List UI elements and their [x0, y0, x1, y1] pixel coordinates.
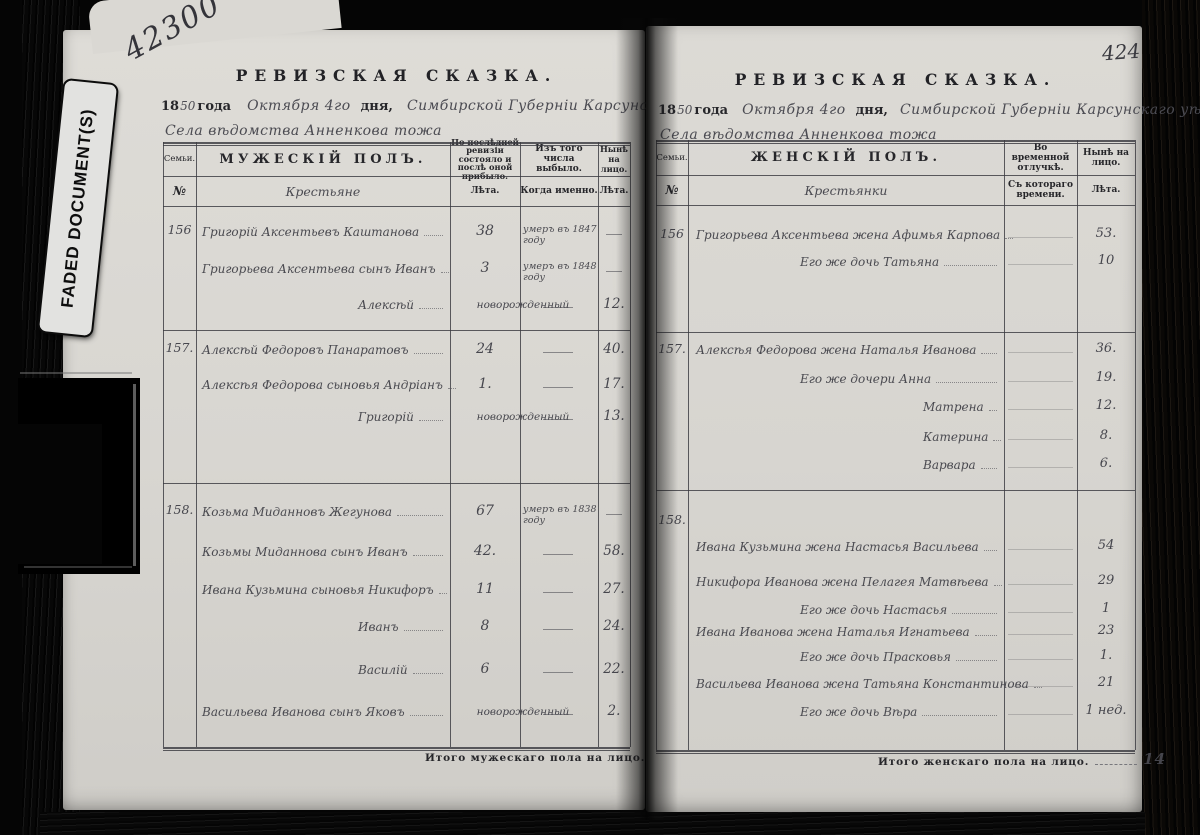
left-subcol5: Лѣта. [598, 176, 630, 206]
empty-cell-dash [1008, 659, 1073, 660]
table-rule [163, 747, 630, 749]
departure-note: умеръ въ 1838году [523, 504, 596, 526]
person-name: Василій [358, 663, 408, 677]
family-number: 158. [163, 502, 196, 517]
left-col-main-header: МУЖЕСКІЙ ПОЛЪ. [196, 142, 450, 176]
entry-name: Ивана Кузьмина жена Настасья Васильева [696, 540, 1000, 554]
entry-name: Его же дочь Татьяна [800, 255, 1000, 269]
person-name: Его же дочь Прасковья [800, 650, 951, 664]
note-line: году [523, 235, 596, 246]
entry-name: Козьмы Миданнова сынъ Иванъ [202, 545, 446, 559]
person-name: Васильева Иванова сынъ Яковъ [202, 705, 405, 719]
age-now: 23 [1077, 623, 1135, 638]
age-now: 40. [598, 341, 630, 357]
empty-cell-dash [1008, 549, 1073, 550]
person-name: Козьма Миданновъ Жегунова [202, 505, 392, 519]
family-number: 156 [656, 226, 688, 241]
table-column-line [196, 142, 197, 747]
person-name: Катерина [923, 430, 988, 444]
table-rule [163, 750, 630, 751]
dotted-leader [993, 440, 1001, 441]
entry-name: Алексѣй [358, 298, 446, 312]
dotted-leader [975, 635, 997, 636]
entry-name: Григорьева Аксентьева сынъ Иванъ [202, 262, 446, 276]
left-subcol-class: Крестьяне [196, 176, 450, 206]
age-now: 1. [1077, 648, 1135, 663]
age-newborn-note: новорожденный [458, 411, 588, 423]
family-number: 157. [656, 341, 688, 356]
table-rule [163, 145, 630, 146]
empty-cell-dash [543, 714, 573, 715]
table-column-line [1004, 140, 1005, 750]
entry-name: Алексѣя Федорова сыновья Андріанъ [202, 378, 446, 392]
entry-name: Григорій [358, 410, 446, 424]
empty-cell-dash [543, 672, 573, 673]
entry-name: Васильева Иванова сынъ Яковъ [202, 705, 446, 719]
empty-cell-dash [1008, 686, 1073, 687]
month-day-handwritten: Октября 4го [742, 102, 846, 118]
left-col5-header: Нынѣ на лицо. [598, 142, 630, 176]
person-name: Алексѣя Федорова жена Наталья Иванова [696, 343, 976, 357]
person-name: Его же дочь Настасья [800, 603, 947, 617]
age-now: 2. [598, 703, 630, 719]
note-line: году [523, 515, 596, 526]
age-now: 12. [598, 296, 630, 312]
year-handwritten: 50 [677, 103, 692, 117]
book-page-stack-right [1142, 0, 1200, 835]
person-name: Васильева Иванова жена Татьяна Константи… [696, 677, 1029, 691]
age-last-revision: 67 [450, 503, 520, 519]
year-word: года [197, 99, 231, 114]
right-page: 424 РЕВИЗСКАЯ СКАЗКА. 18 50 года Октября… [646, 26, 1142, 812]
empty-cell-dash [543, 592, 573, 593]
dotted-leader [981, 468, 997, 469]
entry-name: Катерина [923, 430, 1000, 444]
entry-name: Его же дочь Вѣра [800, 705, 1000, 719]
right-subcol3: Съ котораго времени. [1005, 175, 1076, 205]
dotted-leader [413, 555, 443, 556]
year-handwritten: 50 [180, 99, 195, 113]
person-name: Ивана Иванова жена Наталья Игнатьева [696, 625, 970, 639]
right-footer-total: Итого женскаго пола на лицо. 14 [878, 756, 1166, 768]
left-page-title: РЕВИЗСКАЯ СКАЗКА. [163, 66, 630, 85]
entry-name: Его же дочь Прасковья [800, 650, 1000, 664]
age-last-revision: 42. [450, 543, 520, 559]
table-rule [163, 206, 630, 207]
binder-clip-arm [0, 424, 102, 564]
binder-clip-highlight [24, 566, 132, 568]
empty-cell-dash [606, 234, 622, 235]
note-line: году [523, 272, 596, 283]
month-day-handwritten: Октября 4го [247, 98, 351, 114]
empty-cell-dash [1008, 381, 1073, 382]
empty-cell-dash [1008, 467, 1073, 468]
empty-cell-dash [543, 419, 573, 420]
right-col-family-header: Семьи. [656, 140, 688, 175]
age-now: 8. [1077, 428, 1135, 443]
family-separator-line [163, 483, 630, 484]
left-col-family-header: Семьи. [163, 142, 196, 176]
dotted-leader [989, 410, 997, 411]
note-line: умеръ въ 1848 [523, 261, 596, 272]
empty-cell-dash [1008, 409, 1073, 410]
binder-clip-highlight [133, 384, 136, 566]
person-name: Его же дочери Анна [800, 372, 931, 386]
age-last-revision: 8 [450, 618, 520, 634]
age-now: 54 [1077, 538, 1135, 553]
table-rule [656, 750, 1135, 752]
dotted-leader [956, 660, 997, 661]
age-now: 53. [1077, 226, 1135, 241]
person-name: Его же дочь Татьяна [800, 255, 939, 269]
dotted-leader [439, 593, 447, 594]
person-name: Козьмы Миданнова сынъ Иванъ [202, 545, 408, 559]
person-name: Григорьева Аксентьева жена Афимья Карпов… [696, 228, 1000, 242]
age-now: 36. [1077, 341, 1135, 356]
left-col4-header: Изъ того числа выбыло. [521, 142, 597, 176]
table-column-line [520, 142, 521, 747]
year-printed: 18 [658, 103, 676, 118]
entry-name: Ивана Кузьмина сыновья Никифоръ [202, 583, 446, 597]
table-column-line [598, 142, 599, 747]
person-name: Алексѣй Федоровъ Панаратовъ [202, 343, 409, 357]
table-rule [656, 175, 1135, 176]
age-now: 6. [1077, 456, 1135, 471]
dotted-leader [922, 715, 997, 716]
empty-cell-dash [606, 514, 622, 515]
note-line: умеръ въ 1847 [523, 224, 596, 235]
age-last-revision: 3 [450, 260, 520, 276]
table-column-line [630, 142, 631, 747]
empty-cell-dash [1008, 237, 1073, 238]
table-column-line [688, 140, 689, 750]
age-now: 21 [1077, 675, 1135, 690]
right-col4-header: Нынѣ на лицо. [1078, 140, 1134, 175]
person-name: Григорій [358, 410, 414, 424]
age-now: 12. [1077, 398, 1135, 413]
dotted-leader [397, 515, 443, 516]
age-newborn-note: новорожденный [458, 706, 588, 718]
table-column-line [1135, 140, 1136, 750]
left-place-line: Села вѣдомства Анненкова тожа [165, 123, 442, 139]
table-rule [656, 143, 1135, 144]
book-scan: РЕВИЗСКАЯ СКАЗКА. 18 50 года Октября 4го… [0, 0, 1200, 835]
age-last-revision: 11 [450, 581, 520, 597]
age-now: 24. [598, 618, 630, 634]
empty-cell-dash [1008, 612, 1073, 613]
person-name: Ивана Кузьмина сыновья Никифоръ [202, 583, 434, 597]
year-printed: 18 [161, 99, 179, 114]
age-now: 17. [598, 376, 630, 392]
family-separator-line [656, 332, 1135, 333]
table-rule [163, 142, 630, 144]
note-line: умеръ въ 1838 [523, 504, 596, 515]
dotted-leader [994, 585, 1002, 586]
dotted-leader [981, 353, 997, 354]
day-word: дня, [856, 103, 888, 118]
dotted-leader [419, 308, 443, 309]
empty-cell-dash [543, 629, 573, 630]
left-subcol-num: № [163, 176, 196, 206]
dotted-leader [404, 630, 443, 631]
age-now: 29 [1077, 573, 1135, 588]
entry-name: Алексѣя Федорова жена Наталья Иванова [696, 343, 1000, 357]
faded-documents-label: FADED DOCUMENT(S) [58, 107, 99, 308]
age-now: 58. [598, 543, 630, 559]
family-separator-line [656, 490, 1135, 491]
year-word: года [694, 103, 728, 118]
entry-name: Козьма Миданновъ Жегунова [202, 505, 446, 519]
age-now: 10 [1077, 253, 1135, 268]
entry-name: Иванъ [358, 620, 446, 634]
departure-note: умеръ въ 1847году [523, 224, 596, 246]
entry-name: Ивана Иванова жена Наталья Игнатьева [696, 625, 1000, 639]
family-number: 157. [163, 340, 196, 355]
departure-note: умеръ въ 1848году [523, 261, 596, 283]
empty-cell-dash [606, 271, 622, 272]
empty-cell-dash [1008, 439, 1073, 440]
entry-name: Варвара [923, 458, 1000, 472]
day-word: дня, [361, 99, 393, 114]
left-footer-label: Итого мужескаго пола на лицо. [425, 752, 645, 764]
person-name: Алексѣя Федорова сыновья Андріанъ [202, 378, 443, 392]
table-rule [656, 140, 1135, 142]
dotted-leader [1005, 238, 1013, 239]
age-now: 27. [598, 581, 630, 597]
dotted-leader [944, 265, 997, 266]
right-subcol4: Лѣта. [1078, 175, 1134, 205]
dotted-leader [419, 420, 443, 421]
empty-cell-dash [543, 307, 573, 308]
person-name: Григорьева Аксентьева сынъ Иванъ [202, 262, 436, 276]
dotted-leader [441, 272, 449, 273]
age-now: 1 нед. [1077, 703, 1135, 718]
person-name: Матрена [923, 400, 984, 414]
right-date-line: 18 50 года Октября 4го дня, Симбирской Г… [658, 102, 1200, 118]
empty-cell-dash [543, 554, 573, 555]
person-name: Ивана Кузьмина жена Настасья Васильева [696, 540, 979, 554]
age-last-revision: 24 [450, 341, 520, 357]
table-rule [656, 205, 1135, 206]
age-now: 22. [598, 661, 630, 677]
book-page-stack-bottom [40, 812, 1145, 835]
empty-cell-dash [1008, 264, 1073, 265]
age-now: 19. [1077, 370, 1135, 385]
empty-cell-dash [1008, 714, 1073, 715]
right-page-title: РЕВИЗСКАЯ СКАЗКА. [656, 70, 1135, 89]
right-subcol-class: Крестьянки [688, 175, 1004, 205]
empty-cell-dash [543, 352, 573, 353]
age-last-revision: 38 [450, 223, 520, 239]
dotted-leader [410, 715, 443, 716]
left-page: РЕВИЗСКАЯ СКАЗКА. 18 50 года Октября 4го… [63, 30, 645, 810]
empty-cell-dash [1008, 584, 1073, 585]
entry-name: Василій [358, 663, 446, 677]
footer-leader-line [1095, 764, 1137, 765]
dotted-leader [414, 353, 443, 354]
age-now: 13. [598, 408, 630, 424]
right-footer-label: Итого женскаго пола на лицо. [878, 756, 1089, 768]
empty-cell-dash [1008, 352, 1073, 353]
dotted-leader [952, 613, 997, 614]
age-newborn-note: новорожденный [458, 299, 588, 311]
dotted-leader [413, 673, 443, 674]
age-last-revision: 6 [450, 661, 520, 677]
person-name: Никифора Иванова жена Пелагея Матвѣева [696, 575, 989, 589]
entry-name: Алексѣй Федоровъ Панаратовъ [202, 343, 446, 357]
region-handwritten: Симбирской Губерніи Карсунскаго уѣзда [900, 102, 1200, 118]
family-separator-line [163, 330, 630, 331]
left-subcol4: Когда именно. [521, 176, 597, 206]
person-name: Варвара [923, 458, 976, 472]
empty-cell-dash [1008, 634, 1073, 635]
binder-clip-highlight [20, 372, 132, 374]
entry-name: Григорьева Аксентьева жена Афимья Карпов… [696, 228, 1000, 242]
person-name: Алексѣй [358, 298, 414, 312]
page-number-annotation: 424 [1101, 39, 1141, 66]
entry-name: Матрена [923, 400, 1000, 414]
dotted-leader [424, 235, 443, 236]
empty-cell-dash [543, 387, 573, 388]
person-name: Иванъ [358, 620, 399, 634]
entry-name: Его же дочери Анна [800, 372, 1000, 386]
person-name: Его же дочь Вѣра [800, 705, 917, 719]
entry-name: Григорій Аксентьевъ Каштанова [202, 225, 446, 239]
dotted-leader [936, 382, 997, 383]
family-number: 158. [656, 512, 688, 527]
age-last-revision: 1. [450, 376, 520, 392]
right-col3-header: Во временной отлучкѣ. [1005, 140, 1076, 175]
person-name: Григорій Аксентьевъ Каштанова [202, 225, 419, 239]
right-footer-value: 14 [1143, 750, 1166, 768]
age-now: 1 [1077, 601, 1135, 616]
table-rule [163, 176, 630, 177]
left-col3-header: По послѣдней ревизіи состояло и послѣ он… [451, 142, 519, 176]
table-rule [656, 753, 1135, 754]
family-number: 156 [163, 222, 196, 237]
left-subcol3: Лѣта. [451, 176, 519, 206]
right-subcol-num: № [656, 175, 688, 205]
right-col-main-header: ЖЕНСКІЙ ПОЛЪ. [688, 140, 1004, 175]
entry-name: Никифора Иванова жена Пелагея Матвѣева [696, 575, 1000, 589]
dotted-leader [1034, 687, 1042, 688]
dotted-leader [984, 550, 997, 551]
entry-name: Васильева Иванова жена Татьяна Константи… [696, 677, 1000, 691]
entry-name: Его же дочь Настасья [800, 603, 1000, 617]
